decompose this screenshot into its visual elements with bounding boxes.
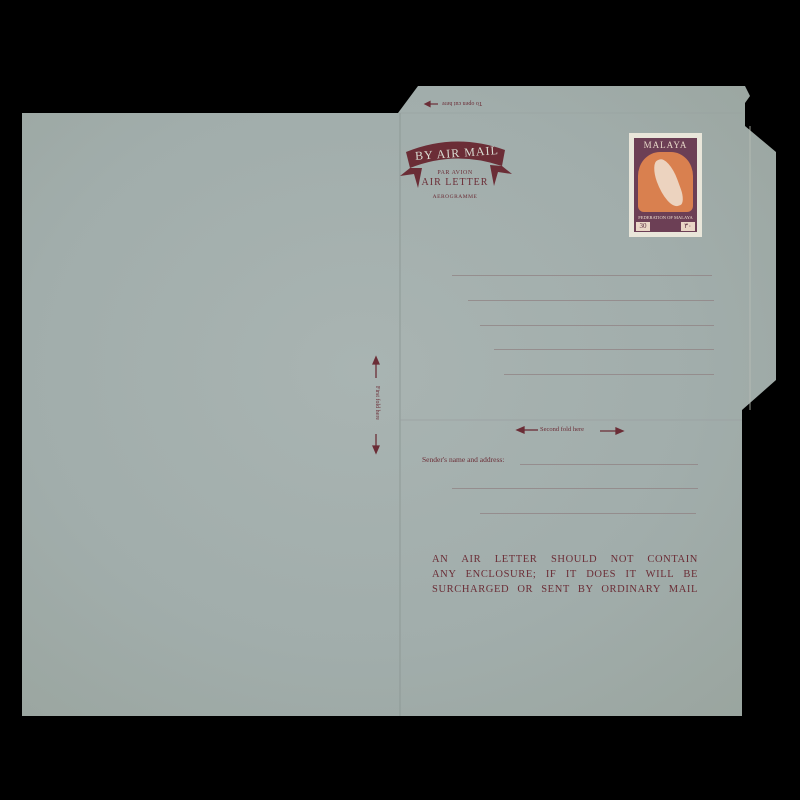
- stamp-country: MALAYA: [634, 140, 697, 150]
- stamp-value-jawi: ٣٠: [681, 222, 695, 231]
- map-icon: [638, 152, 693, 212]
- address-line[interactable]: [494, 349, 714, 350]
- enclosure-notice: AN AIR LETTER SHOULD NOT CONTAIN ANY ENC…: [432, 552, 698, 597]
- notice-line: AN AIR LETTER SHOULD NOT CONTAIN: [432, 552, 698, 567]
- aerogramme-label: AEROGRAMME: [415, 194, 495, 200]
- sender-address-line[interactable]: [480, 513, 696, 514]
- address-line[interactable]: [504, 374, 714, 375]
- air-letter-label: AIR LETTER: [410, 177, 500, 188]
- sender-address-line[interactable]: [452, 488, 698, 489]
- postage-stamp: MALAYA FEDERATION OF MALAYA 30 ٣٠: [629, 133, 702, 237]
- address-line[interactable]: [468, 300, 714, 301]
- aerogramme-sheet: [0, 0, 800, 800]
- stamp-value: 30: [636, 222, 650, 231]
- par-avion-label: PAR AVION: [420, 170, 490, 176]
- sender-address-line[interactable]: [520, 464, 698, 465]
- open-cut-here-instruction: To open cut here: [442, 100, 482, 106]
- notice-line: ANY ENCLOSURE; IF IT DOES IT WILL BE: [432, 567, 698, 582]
- address-line[interactable]: [480, 325, 714, 326]
- notice-line: SURCHARGED OR SENT BY ORDINARY MAIL: [432, 582, 698, 597]
- stamp-band-text: FEDERATION OF MALAYA: [636, 213, 695, 222]
- second-fold-instruction: Second fold here: [540, 426, 584, 433]
- sender-label: Sender's name and address:: [422, 455, 504, 464]
- address-line[interactable]: [452, 275, 712, 276]
- first-fold-instruction: First fold here: [374, 363, 380, 443]
